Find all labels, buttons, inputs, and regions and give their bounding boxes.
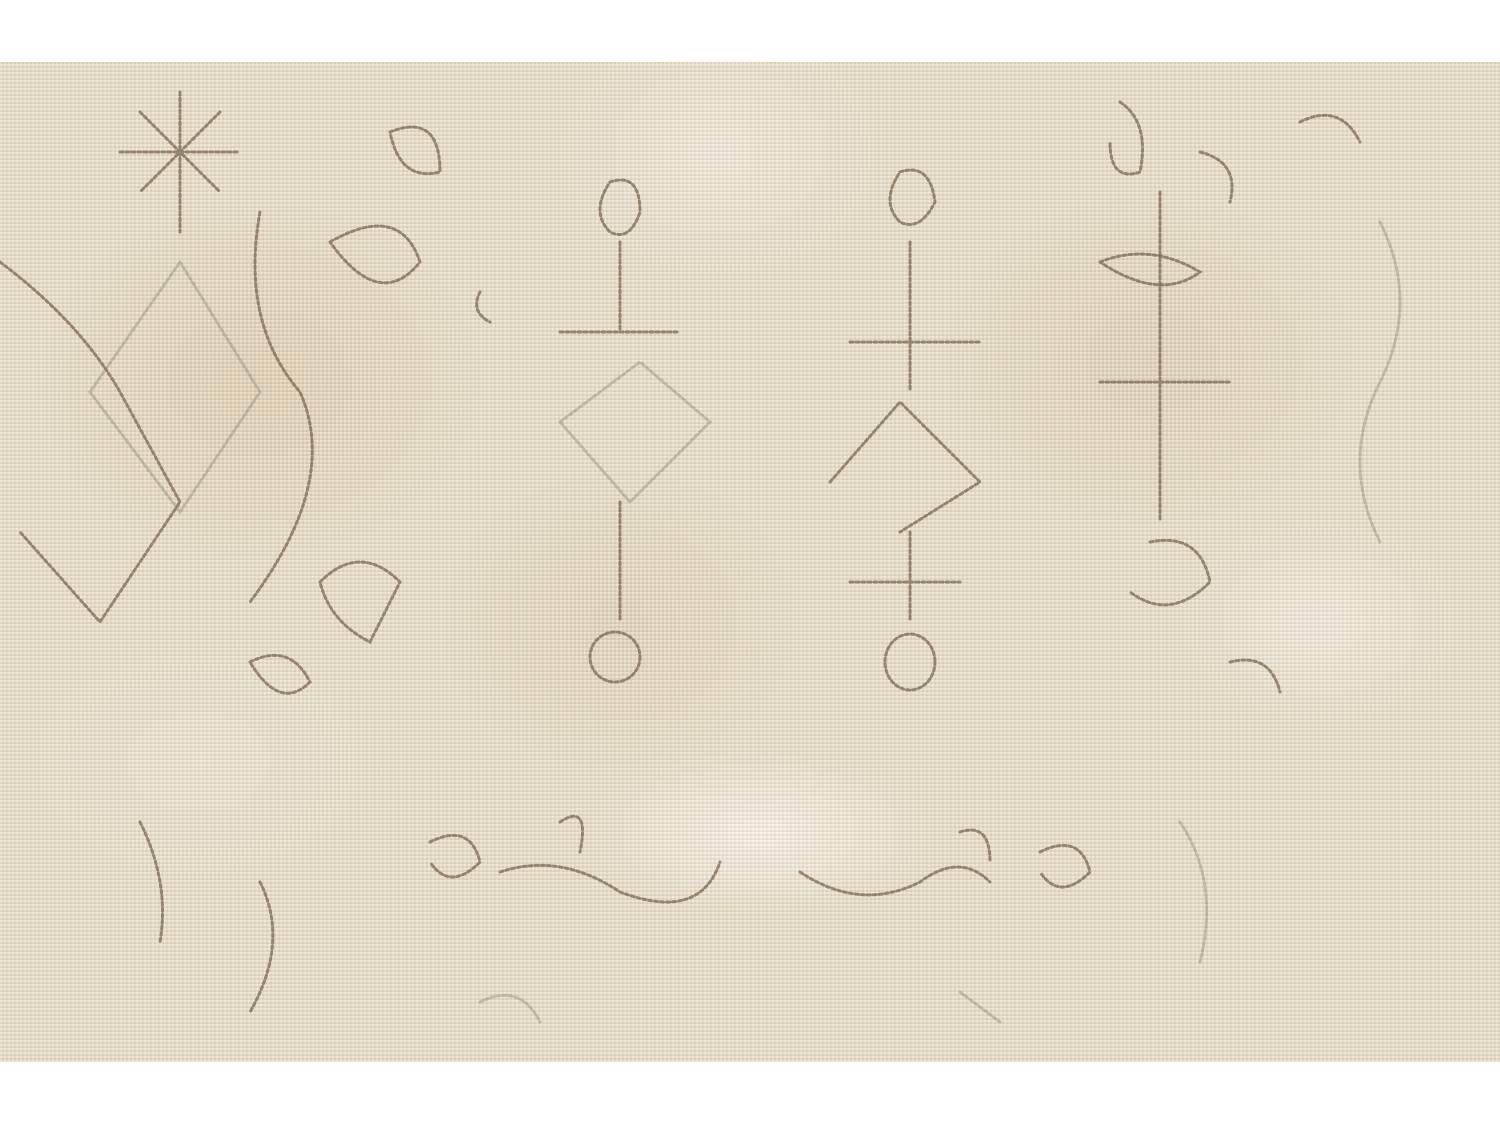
rug-photo [0,62,1500,1062]
rug-motif-pattern [0,62,1500,1062]
